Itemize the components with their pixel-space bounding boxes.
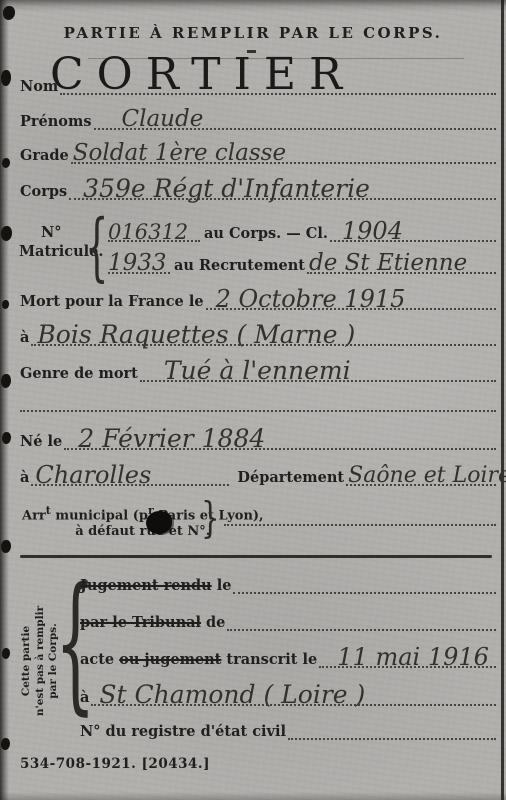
scan-artifact — [1, 540, 11, 553]
scan-edge-bottom — [0, 792, 506, 800]
blank-line — [20, 401, 496, 412]
transcrit-pre-text: acte — [80, 651, 114, 668]
scan-edge-right — [501, 0, 504, 800]
genre-mort-line: Tué à l'ennemi — [140, 371, 496, 382]
matricule-recrutement-line: 1933 — [108, 263, 170, 274]
prenoms-value: Claude — [122, 108, 204, 131]
transcrit-post-text: transcrit le — [226, 651, 317, 668]
brace-icon: { — [85, 210, 109, 284]
genre-mort-value: Tué à l'ennemi — [164, 358, 351, 383]
tribunal-label: par le Tribunalde — [80, 616, 227, 632]
field-naissance: à Charolles Département Saône et Loire — [20, 454, 496, 486]
arrondissement-line — [224, 515, 496, 526]
arr-text: municipal (p — [51, 508, 148, 523]
departement-label: Département — [229, 471, 346, 487]
departement-line: Saône et Loire — [346, 475, 496, 486]
tribunal-rest-text: de — [206, 614, 225, 631]
scan-artifact — [1, 70, 11, 86]
grade-value: Soldat 1ère classe — [73, 142, 286, 165]
scan-artifact — [1, 374, 11, 388]
scan-edge-top — [0, 0, 506, 12]
arrondissement-label-line2: à défaut rue et N°. — [22, 524, 264, 540]
nom-value: CORTIER — [50, 53, 355, 97]
classe-value: 1904 — [342, 219, 403, 243]
mort-label: Mort pour la France le — [20, 295, 206, 311]
field-corps: Corps 359e Régt d'Infanterie — [20, 166, 496, 200]
registre-line — [288, 729, 496, 740]
matricule-row-recrutement: 1933 au Recrutement de St Etienne — [108, 244, 496, 274]
scan-artifact — [3, 6, 15, 20]
ne-le-value: 2 Février 1884 — [78, 426, 265, 451]
lieu-transcrit-label: à — [80, 691, 91, 707]
mort-line: 2 Octobre 1915 — [206, 299, 496, 310]
form-reference-number: 534-708-1921. [20434.] — [20, 756, 210, 772]
death-record-card: PARTIE À REMPLIR PAR LE CORPS. Nom CORTI… — [0, 0, 506, 800]
sidebar-note-line1: Cette partie — [20, 586, 34, 736]
prenoms-line: Claude — [94, 119, 497, 130]
field-mort: Mort pour la France le 2 Octobre 1915 — [20, 278, 496, 310]
corps-line: 359e Régt d'Infanterie — [69, 189, 496, 200]
field-lieu-mort: à Bois Raquettes ( Marne ) — [20, 314, 496, 346]
corps-value: 359e Régt d'Infanterie — [83, 176, 370, 201]
scan-edge-left — [0, 0, 9, 800]
field-genre-mort: Genre de mort Tué à l'ennemi — [20, 350, 496, 382]
lieu-mort-label: à — [20, 331, 31, 347]
field-jugement: Jugement rendule — [80, 564, 496, 594]
jugement-label: Jugement rendule — [80, 579, 233, 595]
au-recrutement-label: au Recrutement — [170, 259, 307, 275]
brace-icon: } — [201, 497, 220, 539]
lieu-naissance-label: à — [20, 471, 31, 487]
field-tribunal: par le Tribunalde — [80, 601, 496, 631]
field-lieu-transcrit: à St Chamond ( Loire ) — [80, 674, 496, 706]
lieu-recrutement-value: de St Etienne — [309, 252, 467, 275]
field-ne-le: Né le 2 Février 1884 — [20, 418, 496, 450]
transcrit-struck-text: ou jugement — [119, 651, 221, 668]
registre-label: N° du registre d'état civil — [80, 725, 288, 741]
lieu-recrutement-line: de St Etienne — [307, 263, 496, 274]
form-title: PARTIE À REMPLIR PAR LE CORPS. — [0, 24, 506, 42]
transcrit-label: acteou jugementtranscrit le — [80, 653, 319, 669]
grade-line: Soldat 1ère classe — [71, 153, 496, 164]
prenoms-label: Prénoms — [20, 115, 94, 131]
ne-le-line: 2 Février 1884 — [64, 439, 496, 450]
field-registre: N° du registre d'état civil — [80, 710, 496, 740]
genre-mort-label: Genre de mort — [20, 367, 140, 383]
jugement-line — [233, 583, 496, 594]
grade-label: Grade — [20, 149, 71, 165]
tribunal-line — [227, 620, 496, 631]
matricule-recrutement-value: 1933 — [108, 252, 167, 275]
blank-dotted-line — [20, 394, 496, 412]
matricule-row-corps: 016312 au Corps. — Cl. 1904 — [108, 212, 496, 242]
jugement-struck-text: Jugement rendu — [80, 577, 212, 594]
classe-line: 1904 — [330, 231, 496, 242]
matricule-corps-value: 016312 — [108, 222, 188, 243]
ne-le-label: Né le — [20, 435, 64, 451]
lieu-transcrit-line: St Chamond ( Loire ) — [91, 695, 496, 706]
corps-label: Corps — [20, 185, 69, 201]
field-prenoms: Prénoms Claude — [20, 98, 496, 130]
tribunal-struck-text: par le Tribunal — [80, 614, 201, 631]
transcrit-value: 11 mai 1916 — [337, 645, 489, 669]
au-corps-label: au Corps. — Cl. — [200, 227, 330, 243]
scan-artifact — [2, 432, 11, 444]
lieu-mort-line: Bois Raquettes ( Marne ) — [31, 335, 496, 346]
departement-value: Saône et Loire — [348, 465, 506, 487]
lieu-transcrit-value: St Chamond ( Loire ) — [99, 682, 365, 707]
field-grade: Grade Soldat 1ère classe — [20, 132, 496, 164]
scan-artifact — [1, 226, 12, 241]
jugement-rest-text: le — [217, 577, 232, 594]
sidebar-note-line2: n'est pas à remplir — [34, 586, 48, 736]
matricule-corps-line: 016312 — [108, 231, 200, 242]
lieu-naissance-value: Charolles — [35, 463, 151, 487]
transcrit-line: 11 mai 1916 — [319, 657, 496, 668]
field-transcrit: acteou jugementtranscrit le 11 mai 1916 — [80, 638, 496, 668]
lieu-mort-value: Bois Raquettes ( Marne ) — [37, 322, 355, 347]
mort-value: 2 Octobre 1915 — [216, 287, 406, 311]
matricule-label-no: N° — [41, 224, 62, 241]
arr-text: Arr — [22, 508, 46, 523]
lieu-naissance-line: Charolles — [31, 475, 229, 486]
ink-blot — [146, 511, 172, 534]
